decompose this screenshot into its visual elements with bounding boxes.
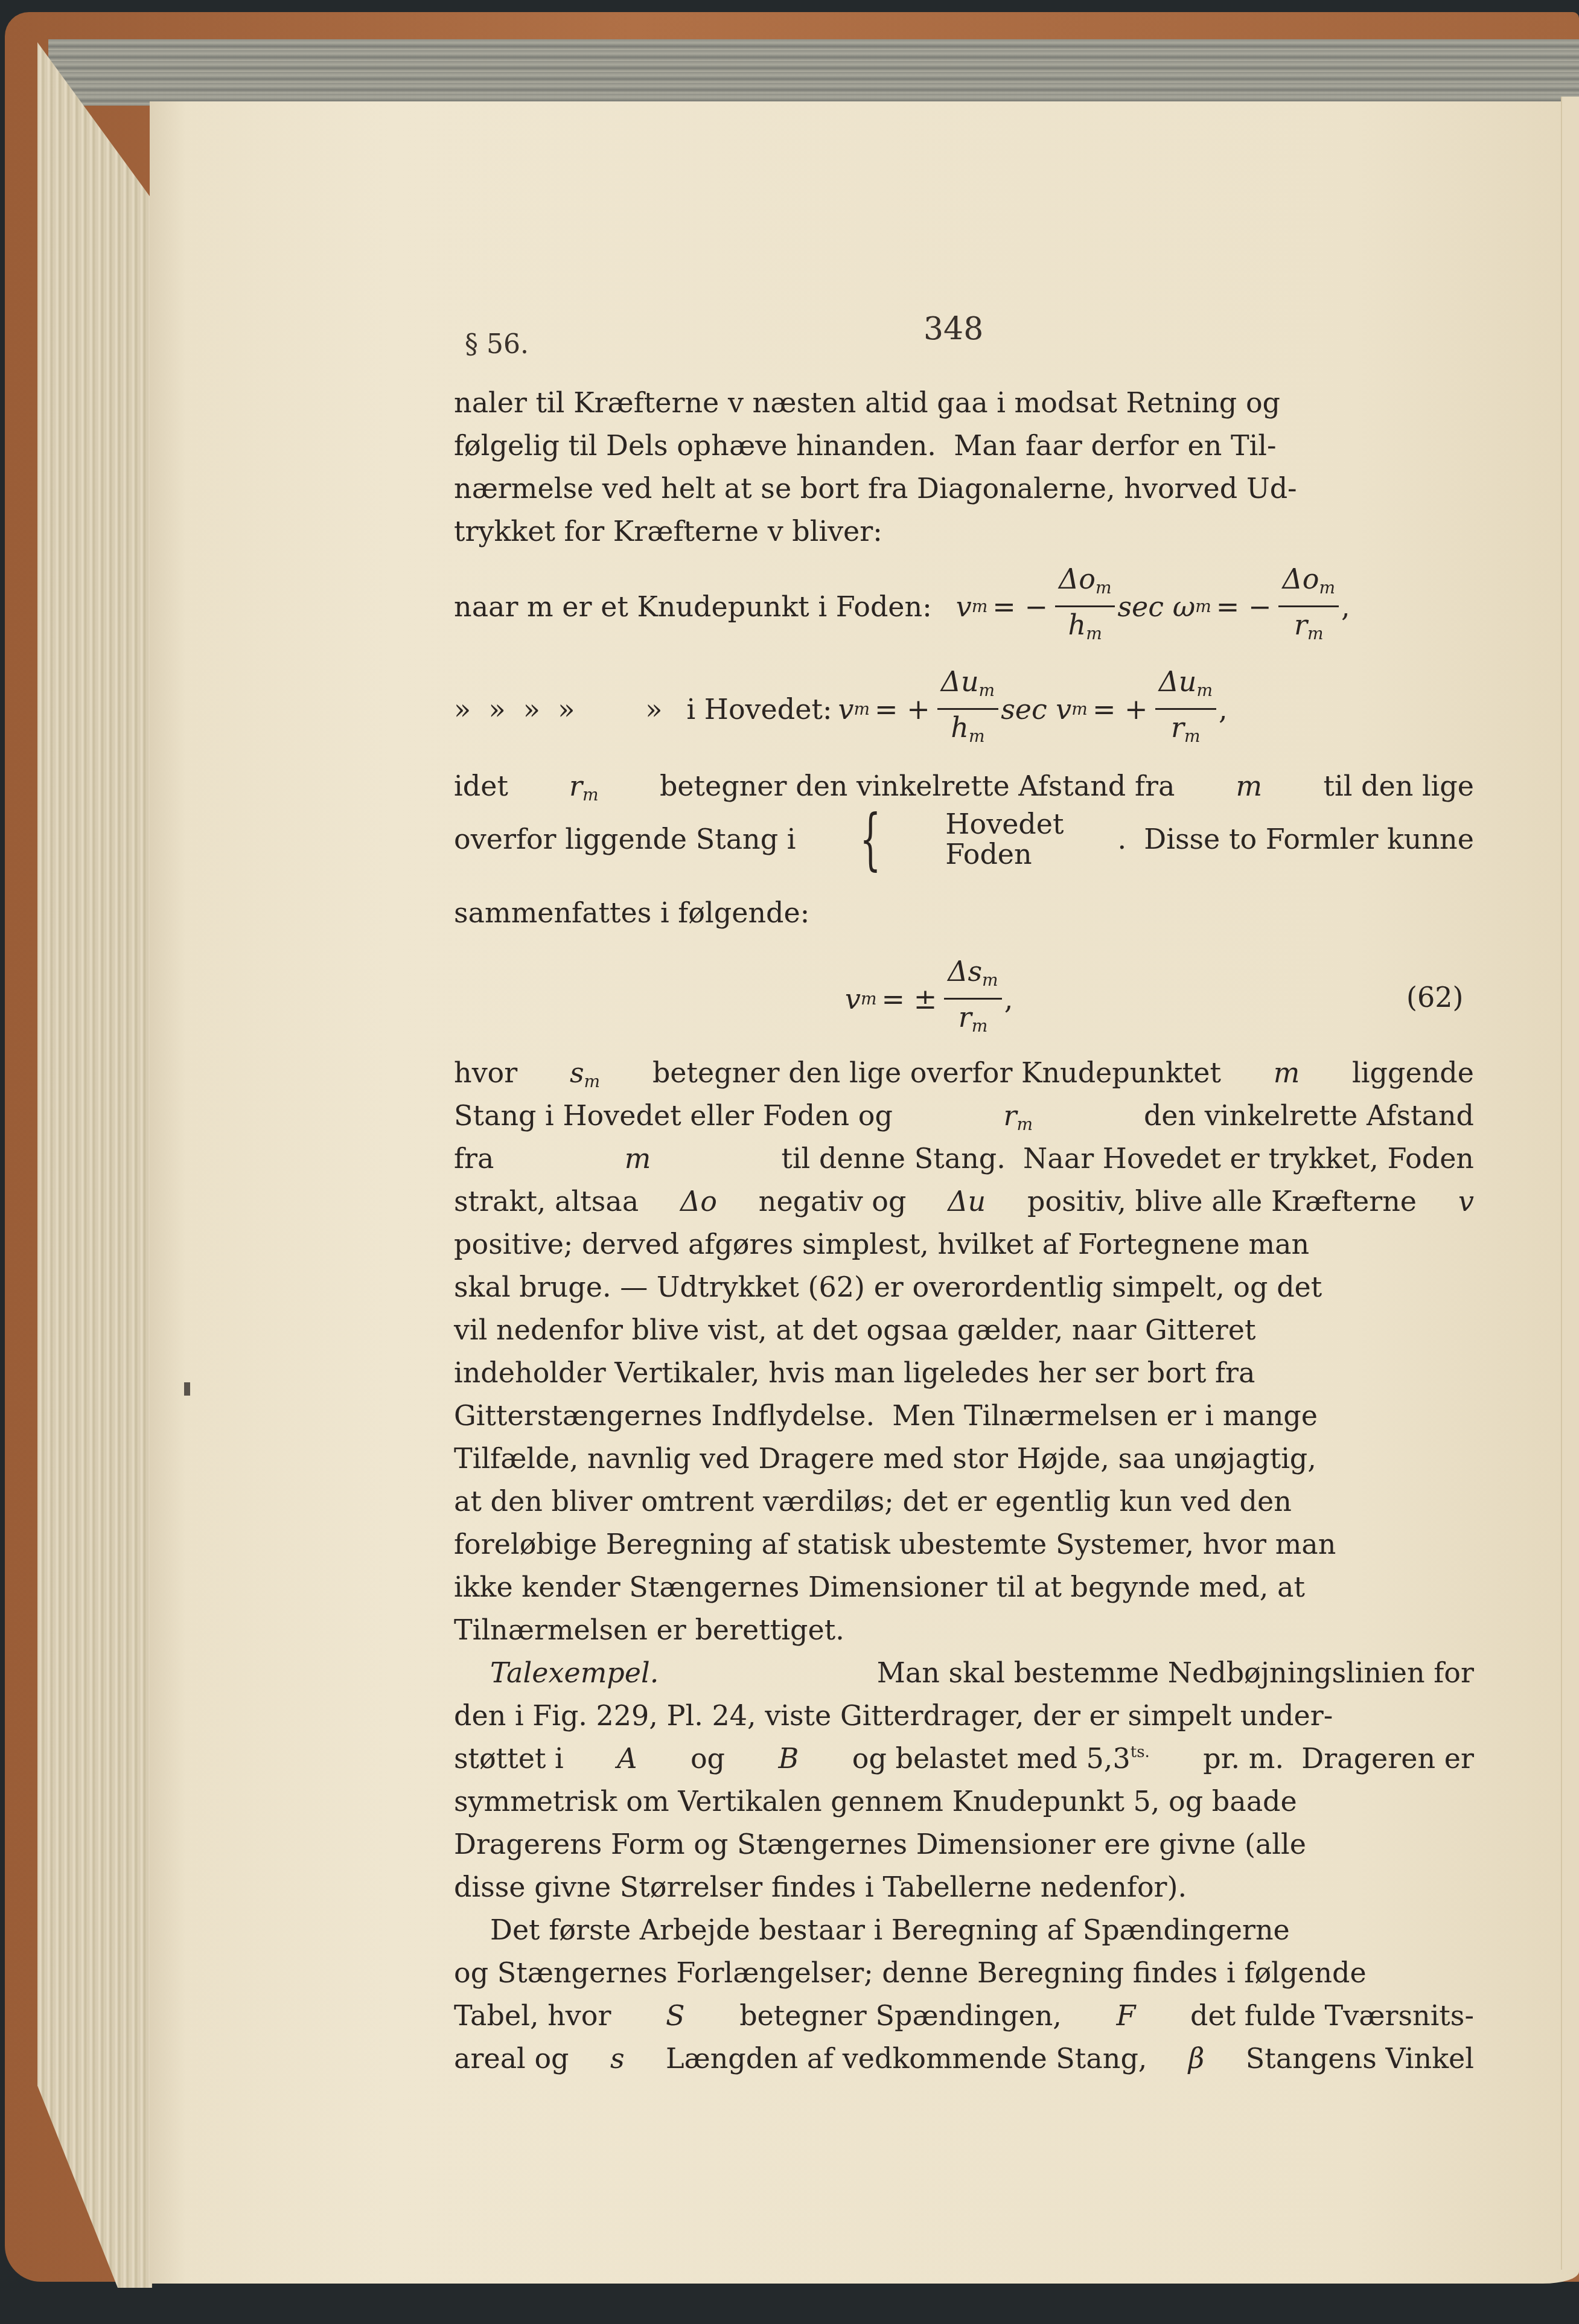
- text-line: fra m til denne Stang. Naar Hovedet er t…: [454, 1142, 1474, 1175]
- text-line: Tilfælde, navnlig ved Dragere med stor H…: [454, 1442, 1474, 1475]
- page-right-edge: [1561, 97, 1579, 2270]
- text-line: hvor sm betegner den lige overfor Knudep…: [454, 1056, 1474, 1091]
- text-line: disse givne Størrelser findes i Tabeller…: [454, 1871, 1474, 1903]
- text-line: trykket for Kræfterne v bliver:: [454, 515, 1474, 547]
- text-line: skal bruge. — Udtrykket (62) er overorde…: [454, 1271, 1474, 1303]
- text-line: indeholder Vertikaler, hvis man ligelede…: [454, 1356, 1474, 1389]
- page-number: 348: [923, 311, 983, 347]
- text-line: støttet i A og B og belastet med 5,3ts. …: [454, 1742, 1474, 1775]
- text-line: Tilnærmelsen er berettiget.: [454, 1614, 1474, 1646]
- text-line: strakt, altsaa Δo negativ og Δu positiv,…: [454, 1185, 1474, 1218]
- text-line: sammenfattes i følgende:: [454, 896, 1474, 929]
- text-line: vil nedenfor blive vist, at det ogsaa gæ…: [454, 1314, 1474, 1346]
- text-line: idet rm betegner den vinkelrette Afstand…: [454, 770, 1474, 805]
- text-line: positive; derved afgøres simplest, hvilk…: [454, 1228, 1474, 1260]
- text-line: følgelig til Dels ophæve hinanden. Man f…: [454, 429, 1474, 462]
- text-line: og Stængernes Forlængelser; denne Beregn…: [454, 1956, 1474, 1989]
- equation-foden: naar m er et Knudepunkt i Foden: vm = − …: [454, 561, 1350, 651]
- equation-number: (62): [1406, 981, 1463, 1014]
- text-line: nærmelse ved helt at se bort fra Diagona…: [454, 472, 1474, 505]
- page-edges-left: [37, 42, 152, 2288]
- section-number: § 56.: [465, 329, 529, 360]
- text-line: symmetrisk om Vertikalen gennem Knudepun…: [454, 1785, 1474, 1818]
- text-line: Dragerens Form og Stængernes Dimensioner…: [454, 1828, 1474, 1860]
- margin-mark: [184, 1382, 190, 1396]
- brace-icon: {: [860, 806, 881, 872]
- equation-hovedet: » » » » » i Hovedet: vm = + Δumhm sec vm…: [454, 664, 1228, 754]
- text-line: Tabel, hvor S betegner Spændingen, F det…: [454, 1999, 1474, 2032]
- text-line: Stang i Hovedet eller Foden og rm den vi…: [454, 1099, 1474, 1134]
- text-line: foreløbige Beregning af statisk ubestemt…: [454, 1528, 1474, 1560]
- text-line: Gitterstængernes Indflydelse. Men Tilnær…: [454, 1399, 1474, 1432]
- text-line: den i Fig. 229, Pl. 24, viste Gitterdrag…: [454, 1699, 1474, 1732]
- text-line: ikke kender Stængernes Dimensioner til a…: [454, 1571, 1474, 1603]
- text-line: areal og s Længden af vedkommende Stang,…: [454, 2042, 1474, 2075]
- text-line: at den bliver omtrent værdiløs; det er e…: [454, 1485, 1474, 1518]
- text-line-brace: overfor liggende Stang i { HovedetFoden …: [454, 806, 1474, 872]
- text-line: Det første Arbejde bestaar i Beregning a…: [490, 1914, 1474, 1946]
- page-edges-top: [48, 39, 1579, 106]
- equation-62: vm = ± Δsmrm ,: [845, 954, 1013, 1044]
- text-line: naler til Kræfterne v næsten altid gaa i…: [454, 386, 1474, 419]
- text-line: Talexempel. Man skal bestemme Nedbøjning…: [490, 1656, 1474, 1689]
